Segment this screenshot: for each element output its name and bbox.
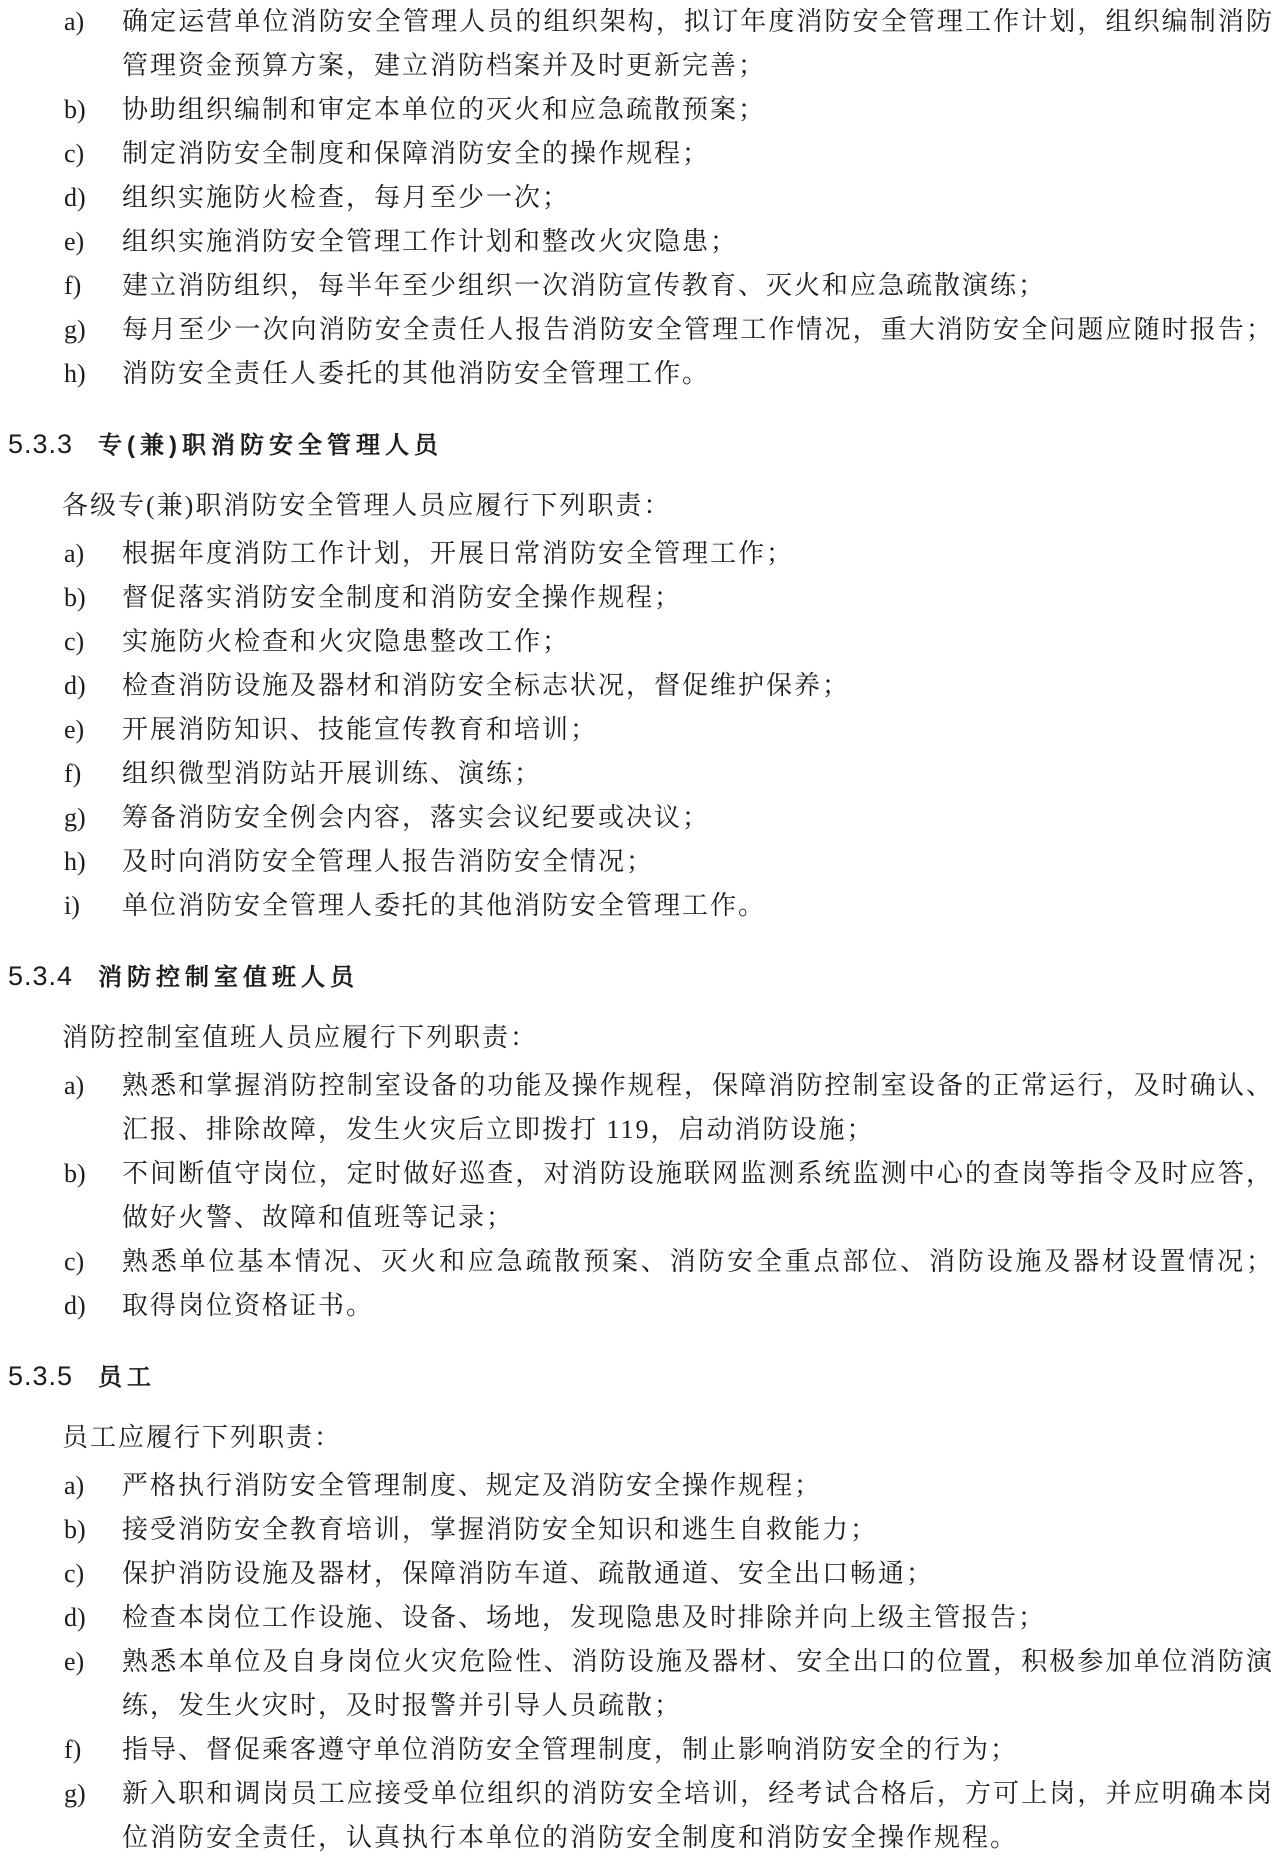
list-item: b) 协助组织编制和审定本单位的灭火和应急疏散预案；: [122, 88, 1274, 132]
list-item-line: 每月至少一次向消防安全责任人报告消防安全管理工作情况，重大消防安全问题应随时报告…: [122, 308, 1274, 352]
list-item-line: 熟悉和掌握消防控制室设备的功能及操作规程，保障消防控制室设备的正常运行，及时确认…: [122, 1064, 1274, 1108]
list-item: g) 每月至少一次向消防安全责任人报告消防安全管理工作情况，重大消防安全问题应随…: [122, 308, 1274, 352]
list-item-line: 接受消防安全教育培训，掌握消防安全知识和逃生自救能力；: [122, 1508, 1274, 1552]
list-item-label: e): [64, 1640, 84, 1684]
list-item-label: b): [64, 88, 86, 132]
list-item-label: d): [64, 1284, 86, 1328]
list-item-line: 取得岗位资格证书。: [122, 1284, 1274, 1328]
list-item-line: 熟悉单位基本情况、灭火和应急疏散预案、消防安全重点部位、消防设施及器材设置情况；: [122, 1240, 1274, 1284]
list-item: d) 组织实施防火检查，每月至少一次；: [122, 176, 1274, 220]
list-item-line: 根据年度消防工作计划，开展日常消防安全管理工作；: [122, 532, 1274, 576]
list-item-label: g): [64, 796, 86, 840]
list-item-label: b): [64, 1152, 86, 1196]
list-item-line: 新入职和调岗员工应接受单位组织的消防安全培训，经考试合格后，方可上岗，并应明确本…: [122, 1772, 1274, 1816]
list-item-line: 实施防火检查和火灾隐患整改工作；: [122, 620, 1274, 664]
list-item-label: f): [64, 1728, 81, 1772]
list-item: h) 消防安全责任人委托的其他消防安全管理工作。: [122, 352, 1274, 396]
list-item-line: 检查消防设施及器材和消防安全标志状况，督促维护保养；: [122, 664, 1274, 708]
clause-intro: 各级专(兼)职消防安全管理人员应履行下列职责：: [62, 484, 1280, 528]
list-item-label: g): [64, 308, 86, 352]
list-continued: a) 确定运营单位消防安全管理人员的组织架构，拟订年度消防安全管理工作计划，组织…: [0, 0, 1280, 396]
list-item: b) 接受消防安全教育培训，掌握消防安全知识和逃生自救能力；: [122, 1508, 1274, 1552]
list-item-label: a): [64, 0, 84, 44]
list-item: b) 不间断值守岗位，定时做好巡查，对消防设施联网监测系统监测中心的查岗等指令及…: [122, 1152, 1274, 1240]
list-item-line: 开展消防知识、技能宣传教育和培训；: [122, 708, 1274, 752]
list-5-3-5: a) 严格执行消防安全管理制度、规定及消防安全操作规程； b) 接受消防安全教育…: [0, 1464, 1280, 1857]
list-item: d) 检查本岗位工作设施、设备、场地，发现隐患及时排除并向上级主管报告；: [122, 1596, 1274, 1640]
list-item: c) 保护消防设施及器材，保障消防车道、疏散通道、安全出口畅通；: [122, 1552, 1274, 1596]
list-item-line: 指导、督促乘客遵守单位消防安全管理制度，制止影响消防安全的行为；: [122, 1728, 1274, 1772]
list-item-label: e): [64, 220, 84, 264]
document-page: a) 确定运营单位消防安全管理人员的组织架构，拟订年度消防安全管理工作计划，组织…: [0, 0, 1280, 1857]
list-item: b) 督促落实消防安全制度和消防安全操作规程；: [122, 576, 1274, 620]
list-item-label: h): [64, 352, 86, 396]
list-item: e) 组织实施消防安全管理工作计划和整改火灾隐患；: [122, 220, 1274, 264]
list-item-label: b): [64, 1508, 86, 1552]
list-item-line: 督促落实消防安全制度和消防安全操作规程；: [122, 576, 1274, 620]
clause-heading: 5.3.5员工: [8, 1354, 1280, 1400]
clause-title: 专(兼)职消防安全管理人员: [98, 432, 443, 459]
clause-title: 员工: [98, 1364, 156, 1391]
list-item: i) 单位消防安全管理人委托的其他消防安全管理工作。: [122, 884, 1274, 928]
list-item-line: 组织微型消防站开展训练、演练；: [122, 752, 1274, 796]
list-item: a) 熟悉和掌握消防控制室设备的功能及操作规程，保障消防控制室设备的正常运行，及…: [122, 1064, 1274, 1152]
clause-number: 5.3.5: [8, 1354, 98, 1398]
list-item-line: 练，发生火灾时，及时报警并引导人员疏散；: [122, 1684, 1274, 1728]
list-item-line: 检查本岗位工作设施、设备、场地，发现隐患及时排除并向上级主管报告；: [122, 1596, 1274, 1640]
list-item-line: 筹备消防安全例会内容，落实会议纪要或决议；: [122, 796, 1274, 840]
list-item: f) 建立消防组织，每半年至少组织一次消防宣传教育、灭火和应急疏散演练；: [122, 264, 1274, 308]
list-item-line: 确定运营单位消防安全管理人员的组织架构，拟订年度消防安全管理工作计划，组织编制消…: [122, 0, 1274, 44]
clause-number: 5.3.4: [8, 954, 98, 998]
clause-heading: 5.3.4消防控制室值班人员: [8, 954, 1280, 1000]
list-item-label: a): [64, 1064, 84, 1108]
list-item-line: 制定消防安全制度和保障消防安全的操作规程；: [122, 132, 1274, 176]
list-item-line: 位消防安全责任，认真执行本单位的消防安全制度和消防安全操作规程。: [122, 1816, 1274, 1857]
clause-title: 消防控制室值班人员: [98, 964, 359, 991]
list-item-line: 组织实施消防安全管理工作计划和整改火灾隐患；: [122, 220, 1274, 264]
list-item-line: 建立消防组织，每半年至少组织一次消防宣传教育、灭火和应急疏散演练；: [122, 264, 1274, 308]
list-item-label: f): [64, 264, 81, 308]
list-item-label: c): [64, 1240, 84, 1284]
list-item-line: 消防安全责任人委托的其他消防安全管理工作。: [122, 352, 1274, 396]
document-body: a) 确定运营单位消防安全管理人员的组织架构，拟订年度消防安全管理工作计划，组织…: [0, 0, 1280, 1857]
list-item-label: c): [64, 132, 84, 176]
list-item: a) 确定运营单位消防安全管理人员的组织架构，拟订年度消防安全管理工作计划，组织…: [122, 0, 1274, 88]
list-item: e) 熟悉本单位及自身岗位火灾危险性、消防设施及器材、安全出口的位置，积极参加单…: [122, 1640, 1274, 1728]
list-item: d) 取得岗位资格证书。: [122, 1284, 1274, 1328]
list-item-line: 协助组织编制和审定本单位的灭火和应急疏散预案；: [122, 88, 1274, 132]
list-5-3-3: a) 根据年度消防工作计划，开展日常消防安全管理工作； b) 督促落实消防安全制…: [0, 532, 1280, 928]
clause-intro: 消防控制室值班人员应履行下列职责：: [62, 1016, 1280, 1060]
list-item-label: f): [64, 752, 81, 796]
clause-number: 5.3.3: [8, 422, 98, 466]
list-item-line: 单位消防安全管理人委托的其他消防安全管理工作。: [122, 884, 1274, 928]
list-item-line: 熟悉本单位及自身岗位火灾危险性、消防设施及器材、安全出口的位置，积极参加单位消防…: [122, 1640, 1274, 1684]
clause-intro: 员工应履行下列职责：: [62, 1416, 1280, 1460]
list-5-3-4: a) 熟悉和掌握消防控制室设备的功能及操作规程，保障消防控制室设备的正常运行，及…: [0, 1064, 1280, 1328]
list-item: e) 开展消防知识、技能宣传教育和培训；: [122, 708, 1274, 752]
list-item-label: i): [64, 884, 80, 928]
list-item-line: 不间断值守岗位，定时做好巡查，对消防设施联网监测系统监测中心的查岗等指令及时应答…: [122, 1152, 1274, 1196]
list-item: a) 根据年度消防工作计划，开展日常消防安全管理工作；: [122, 532, 1274, 576]
list-item-line: 保护消防设施及器材，保障消防车道、疏散通道、安全出口畅通；: [122, 1552, 1274, 1596]
list-item-label: d): [64, 1596, 86, 1640]
list-item-label: d): [64, 664, 86, 708]
list-item-line: 组织实施防火检查，每月至少一次；: [122, 176, 1274, 220]
list-item: c) 熟悉单位基本情况、灭火和应急疏散预案、消防安全重点部位、消防设施及器材设置…: [122, 1240, 1274, 1284]
list-item-line: 管理资金预算方案，建立消防档案并及时更新完善；: [122, 44, 1274, 88]
list-item-label: a): [64, 1464, 84, 1508]
list-item: d) 检查消防设施及器材和消防安全标志状况，督促维护保养；: [122, 664, 1274, 708]
list-item-label: b): [64, 576, 86, 620]
list-item: c) 实施防火检查和火灾隐患整改工作；: [122, 620, 1274, 664]
list-item-label: e): [64, 708, 84, 752]
list-item-label: a): [64, 532, 84, 576]
list-item: g) 筹备消防安全例会内容，落实会议纪要或决议；: [122, 796, 1274, 840]
list-item-label: c): [64, 1552, 84, 1596]
list-item: f) 指导、督促乘客遵守单位消防安全管理制度，制止影响消防安全的行为；: [122, 1728, 1274, 1772]
list-item-label: c): [64, 620, 84, 664]
list-item-line: 做好火警、故障和值班等记录；: [122, 1196, 1274, 1240]
list-item-label: h): [64, 840, 86, 884]
list-item-line: 汇报、排除故障，发生火灾后立即拨打 119，启动消防设施；: [122, 1108, 1274, 1152]
clause-heading: 5.3.3专(兼)职消防安全管理人员: [8, 422, 1280, 468]
list-item: g) 新入职和调岗员工应接受单位组织的消防安全培训，经考试合格后，方可上岗，并应…: [122, 1772, 1274, 1857]
list-item: c) 制定消防安全制度和保障消防安全的操作规程；: [122, 132, 1274, 176]
list-item: a) 严格执行消防安全管理制度、规定及消防安全操作规程；: [122, 1464, 1274, 1508]
list-item-label: d): [64, 176, 86, 220]
list-item: h) 及时向消防安全管理人报告消防安全情况；: [122, 840, 1274, 884]
list-item: f) 组织微型消防站开展训练、演练；: [122, 752, 1274, 796]
list-item-line: 严格执行消防安全管理制度、规定及消防安全操作规程；: [122, 1464, 1274, 1508]
list-item-line: 及时向消防安全管理人报告消防安全情况；: [122, 840, 1274, 884]
list-item-label: g): [64, 1772, 86, 1816]
